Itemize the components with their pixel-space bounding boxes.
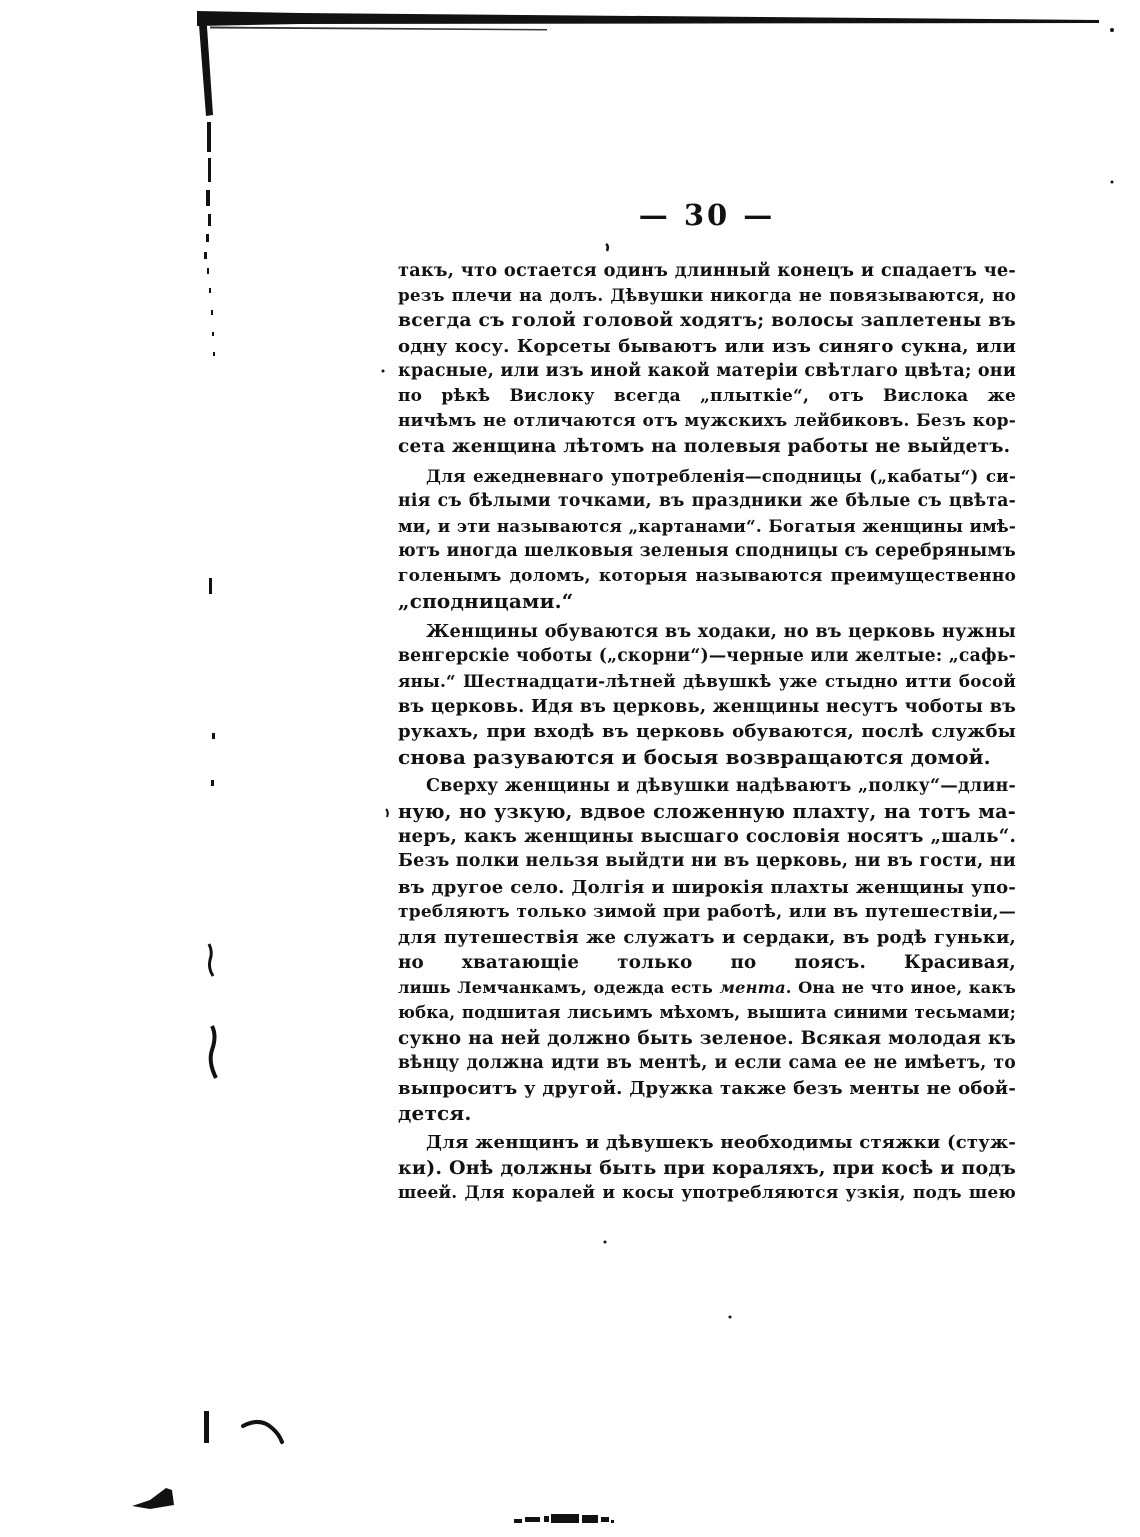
text-line: ми, и эти называются „картанами“. Богаты… — [398, 514, 1016, 539]
speck-under-title — [606, 244, 608, 251]
text-line: снова разуваются и босыя возвращаются до… — [398, 745, 1016, 770]
paragraph: Для ежедневнаго употребленія—сподницы („… — [398, 464, 1016, 615]
text-line: красные, или изъ иной какой матеріи свѣт… — [398, 359, 1016, 384]
top-border-underline — [210, 27, 547, 31]
text-line: ничѣмъ не отличаются отъ мужскихъ лейбик… — [398, 409, 1016, 434]
text-line: резъ плечи на долъ. Дѣвушки никогда не п… — [398, 283, 1016, 308]
text-line: сета женщина лѣтомъ на полевыя работы не… — [398, 434, 1016, 459]
paragraph: Женщины обуваются въ ходаки, но въ церко… — [398, 619, 1016, 770]
top-border-line-taper — [300, 13, 1099, 24]
text-line: Для женщинъ и дѣвушекъ необходимы стяжки… — [398, 1130, 1016, 1155]
left-margin-squiggle-1 — [209, 944, 213, 976]
text-line: „сподницами.“ — [398, 589, 1016, 614]
bottom-left-dash — [204, 1411, 209, 1443]
text-line: шеей. Для коралей и косы употребляются у… — [398, 1181, 1016, 1206]
speck-left-of-line — [386, 809, 388, 817]
text-line: выпроситъ у другой. Дружка также безъ ме… — [398, 1076, 1016, 1101]
bottom-left-arc — [243, 1422, 282, 1442]
text-line: неръ, какъ женщины высшаго сословія нося… — [398, 824, 1016, 849]
left-margin-squiggle-2 — [211, 1026, 216, 1078]
bottom-dashed-line — [514, 1514, 614, 1523]
text-line: дется. — [398, 1101, 1016, 1126]
text-line: ки). Онѣ должны быть при кораляхъ, при к… — [398, 1156, 1016, 1181]
text-line: ную, но узкую, вдвое сложенную плахту, н… — [398, 799, 1016, 824]
text-line: по рѣкѣ Вислоку всегда „плыткіе“, отъ Ви… — [398, 384, 1016, 409]
text-line: но хватающіе только по поясъ. Красивая, … — [398, 950, 1016, 975]
scanned-book-page: — 30 — такъ, что остается одинъ длинный … — [0, 0, 1140, 1537]
text-line: Женщины обуваются въ ходаки, но въ церко… — [398, 619, 1016, 644]
text-line: венгерскіе чоботы („скорни“)—черные или … — [398, 644, 1016, 669]
text-line: ютъ иногда шелковыя зеленыя сподницы съ … — [398, 539, 1016, 564]
text-line: Безъ полки нельзя выйдти ни въ церковь, … — [398, 849, 1016, 874]
text-line: всегда съ голой головой ходятъ; волосы з… — [398, 308, 1016, 333]
paragraph: Для женщинъ и дѣвушекъ необходимы стяжки… — [398, 1130, 1016, 1206]
text-line: въ церковь. Идя въ церковь, женщины несу… — [398, 694, 1016, 719]
text-column: такъ, что остается одинъ длинный конецъ … — [398, 258, 1016, 1206]
left-margin-line — [198, 12, 213, 116]
text-line: голенымъ доломъ, которыя называются преи… — [398, 564, 1016, 589]
text-line: юбка, подшитая лисьимъ мѣхомъ, вышита си… — [398, 1000, 1016, 1025]
paragraph: такъ, что остается одинъ длинный конецъ … — [398, 258, 1016, 460]
top-border-line — [197, 11, 300, 26]
text-line: яны.“ Шестнадцати-лѣтней дѣвушкѣ уже сты… — [398, 669, 1016, 694]
paragraph: Сверху женщины и дѣвушки надѣваютъ „полк… — [398, 774, 1016, 1127]
text-line: нія съ бѣлыми точками, въ праздники же б… — [398, 489, 1016, 514]
text-line: Сверху женщины и дѣвушки надѣваютъ „полк… — [398, 774, 1016, 799]
text-line: вѣнцу должна идти въ ментѣ, и если сама … — [398, 1051, 1016, 1076]
text-line: Для ежедневнаго употребленія—сподницы („… — [398, 464, 1016, 489]
text-line: одну косу. Корсеты бываютъ или изъ синяг… — [398, 334, 1016, 359]
text-line: рукахъ, при входѣ въ церковь обуваются, … — [398, 719, 1016, 744]
text-line: въ другое село. Долгія и широкія плахты … — [398, 875, 1016, 900]
text-line: для путешествія же служатъ и сердаки, въ… — [398, 925, 1016, 950]
bottom-left-wedge — [132, 1488, 174, 1509]
text-line: сукно на ней должно быть зеленое. Всякая… — [398, 1026, 1016, 1051]
text-line: такъ, что остается одинъ длинный конецъ … — [398, 258, 1016, 283]
text-line: требляютъ только зимой при работѣ, или в… — [398, 900, 1016, 925]
page-number: — 30 — — [398, 198, 1016, 232]
text-line: лишь Лемчанкамъ, одежда есть мента. Она … — [398, 975, 1016, 1000]
